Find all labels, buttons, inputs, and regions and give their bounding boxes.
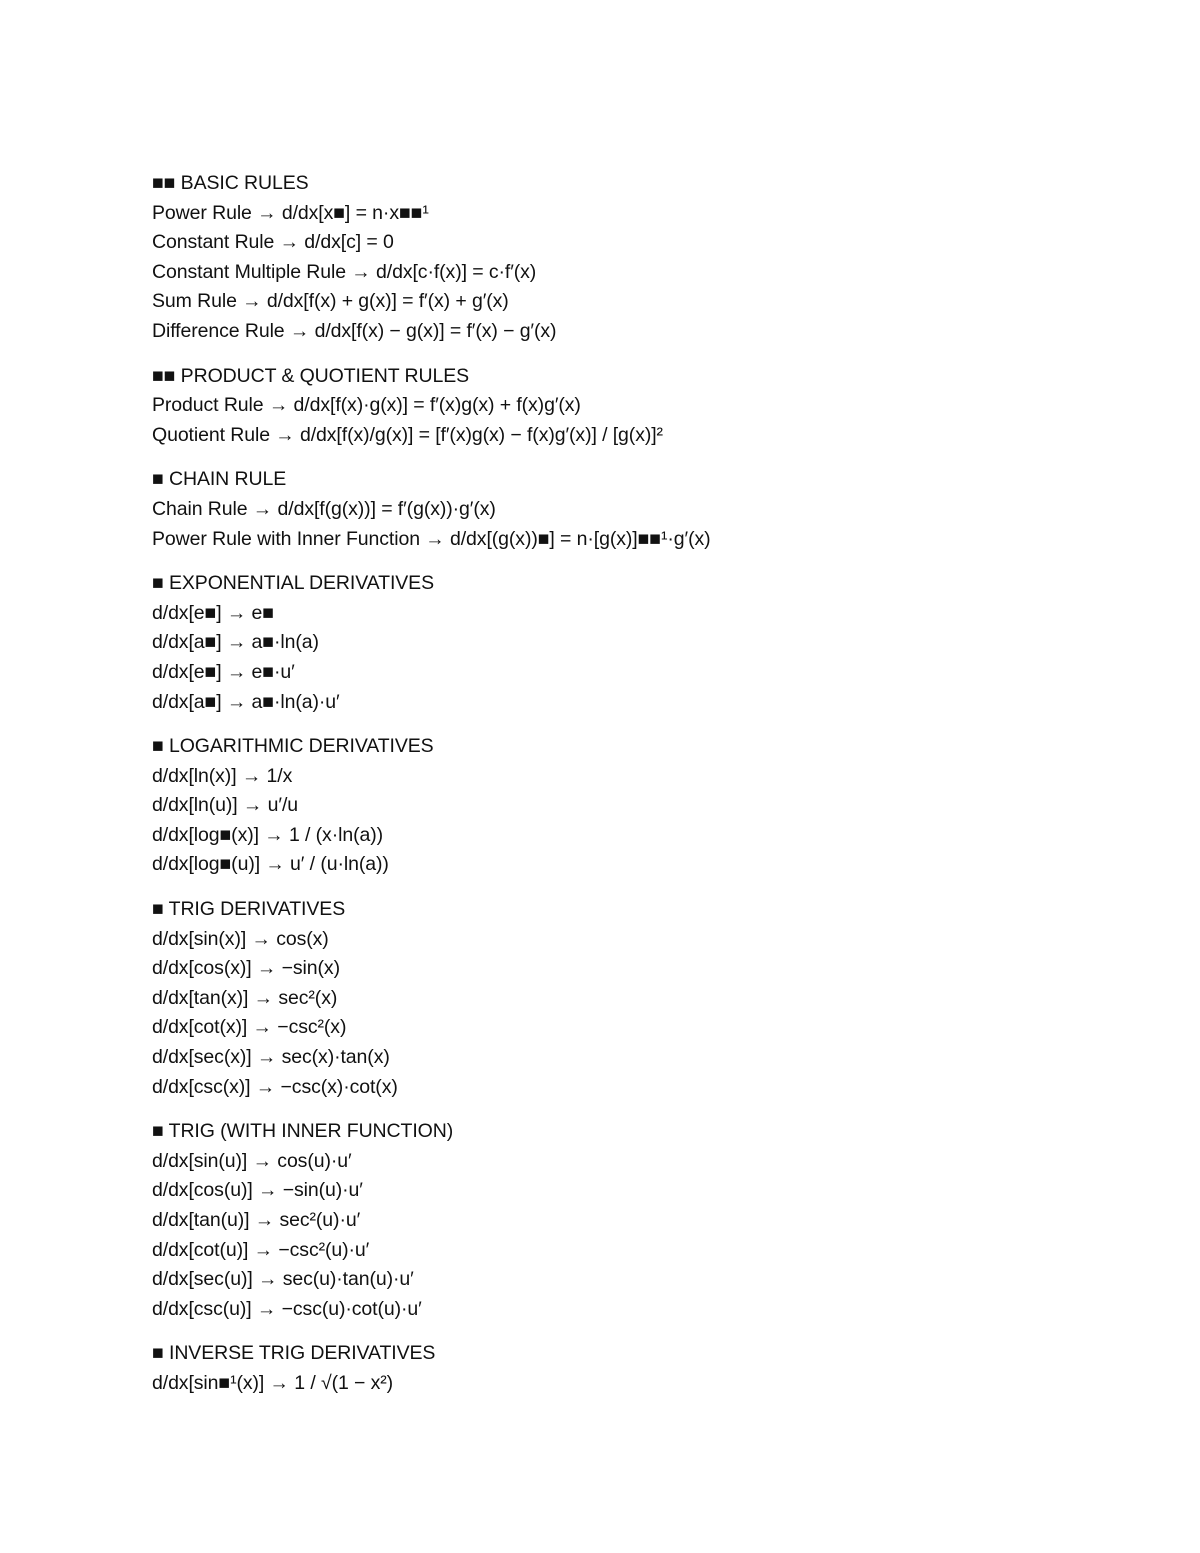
rule-line: d/dx[log■(x)] → 1 / (x·ln(a)) [152, 823, 1112, 853]
rule-line: d/dx[sec(x)] → sec(x)·tan(x) [152, 1045, 1112, 1075]
section-trig-derivatives: ■ TRIG DERIVATIVES d/dx[sin(x)] → cos(x)… [152, 897, 1112, 1104]
rule-line: Constant Multiple Rule → d/dx[c·f(x)] = … [152, 260, 1112, 290]
section-heading: ■■ PRODUCT & QUOTIENT RULES [152, 364, 1112, 394]
rule-line: d/dx[e■] → e■·u′ [152, 660, 1112, 690]
section-heading: ■ CHAIN RULE [152, 467, 1112, 497]
rule-line: Chain Rule → d/dx[f(g(x))] = f′(g(x))·g′… [152, 497, 1112, 527]
rule-line: d/dx[tan(x)] → sec²(x) [152, 986, 1112, 1016]
section-heading: ■ INVERSE TRIG DERIVATIVES [152, 1341, 1112, 1371]
rule-line: Quotient Rule → d/dx[f(x)/g(x)] = [f′(x)… [152, 423, 1112, 453]
rule-line: Power Rule → d/dx[x■] = n·x■■¹ [152, 201, 1112, 231]
rule-line: d/dx[a■] → a■·ln(a)·u′ [152, 690, 1112, 720]
rule-line: d/dx[csc(u)] → −csc(u)·cot(u)·u′ [152, 1297, 1112, 1327]
section-heading: ■ LOGARITHMIC DERIVATIVES [152, 734, 1112, 764]
section-basic-rules: ■■ BASIC RULES Power Rule → d/dx[x■] = n… [152, 171, 1112, 349]
section-heading: ■ TRIG (WITH INNER FUNCTION) [152, 1119, 1112, 1149]
section-inverse-trig-derivatives: ■ INVERSE TRIG DERIVATIVES d/dx[sin■¹(x)… [152, 1341, 1112, 1400]
rule-line: Sum Rule → d/dx[f(x) + g(x)] = f′(x) + g… [152, 289, 1112, 319]
rule-line: d/dx[cot(u)] → −csc²(u)·u′ [152, 1238, 1112, 1268]
rule-line: d/dx[tan(u)] → sec²(u)·u′ [152, 1208, 1112, 1238]
rule-line: Product Rule → d/dx[f(x)·g(x)] = f′(x)g(… [152, 393, 1112, 423]
section-heading: ■ TRIG DERIVATIVES [152, 897, 1112, 927]
rule-line: d/dx[csc(x)] → −csc(x)·cot(x) [152, 1075, 1112, 1105]
rule-line: d/dx[a■] → a■·ln(a) [152, 630, 1112, 660]
rule-line: Power Rule with Inner Function → d/dx[(g… [152, 527, 1112, 557]
rule-line: d/dx[cos(x)] → −sin(x) [152, 956, 1112, 986]
rule-line: d/dx[sin■¹(x)] → 1 / √(1 − x²) [152, 1371, 1112, 1401]
rule-line: d/dx[ln(x)] → 1/x [152, 764, 1112, 794]
section-heading: ■■ BASIC RULES [152, 171, 1112, 201]
rule-line: d/dx[sin(u)] → cos(u)·u′ [152, 1149, 1112, 1179]
section-logarithmic-derivatives: ■ LOGARITHMIC DERIVATIVES d/dx[ln(x)] → … [152, 734, 1112, 882]
rule-line: Constant Rule → d/dx[c] = 0 [152, 230, 1112, 260]
section-exponential-derivatives: ■ EXPONENTIAL DERIVATIVES d/dx[e■] → e■ … [152, 571, 1112, 719]
rule-line: d/dx[cos(u)] → −sin(u)·u′ [152, 1178, 1112, 1208]
rule-line: d/dx[e■] → e■ [152, 601, 1112, 631]
rule-line: d/dx[ln(u)] → u′/u [152, 793, 1112, 823]
document-page: ■■ BASIC RULES Power Rule → d/dx[x■] = n… [152, 171, 1112, 1416]
rule-line: Difference Rule → d/dx[f(x) − g(x)] = f′… [152, 319, 1112, 349]
rule-line: d/dx[cot(x)] → −csc²(x) [152, 1015, 1112, 1045]
section-heading: ■ EXPONENTIAL DERIVATIVES [152, 571, 1112, 601]
rule-line: d/dx[sec(u)] → sec(u)·tan(u)·u′ [152, 1267, 1112, 1297]
section-chain-rule: ■ CHAIN RULE Chain Rule → d/dx[f(g(x))] … [152, 467, 1112, 556]
rule-line: d/dx[sin(x)] → cos(x) [152, 927, 1112, 957]
rule-line: d/dx[log■(u)] → u′ / (u·ln(a)) [152, 852, 1112, 882]
section-trig-inner-function: ■ TRIG (WITH INNER FUNCTION) d/dx[sin(u)… [152, 1119, 1112, 1326]
section-product-quotient-rules: ■■ PRODUCT & QUOTIENT RULES Product Rule… [152, 364, 1112, 453]
